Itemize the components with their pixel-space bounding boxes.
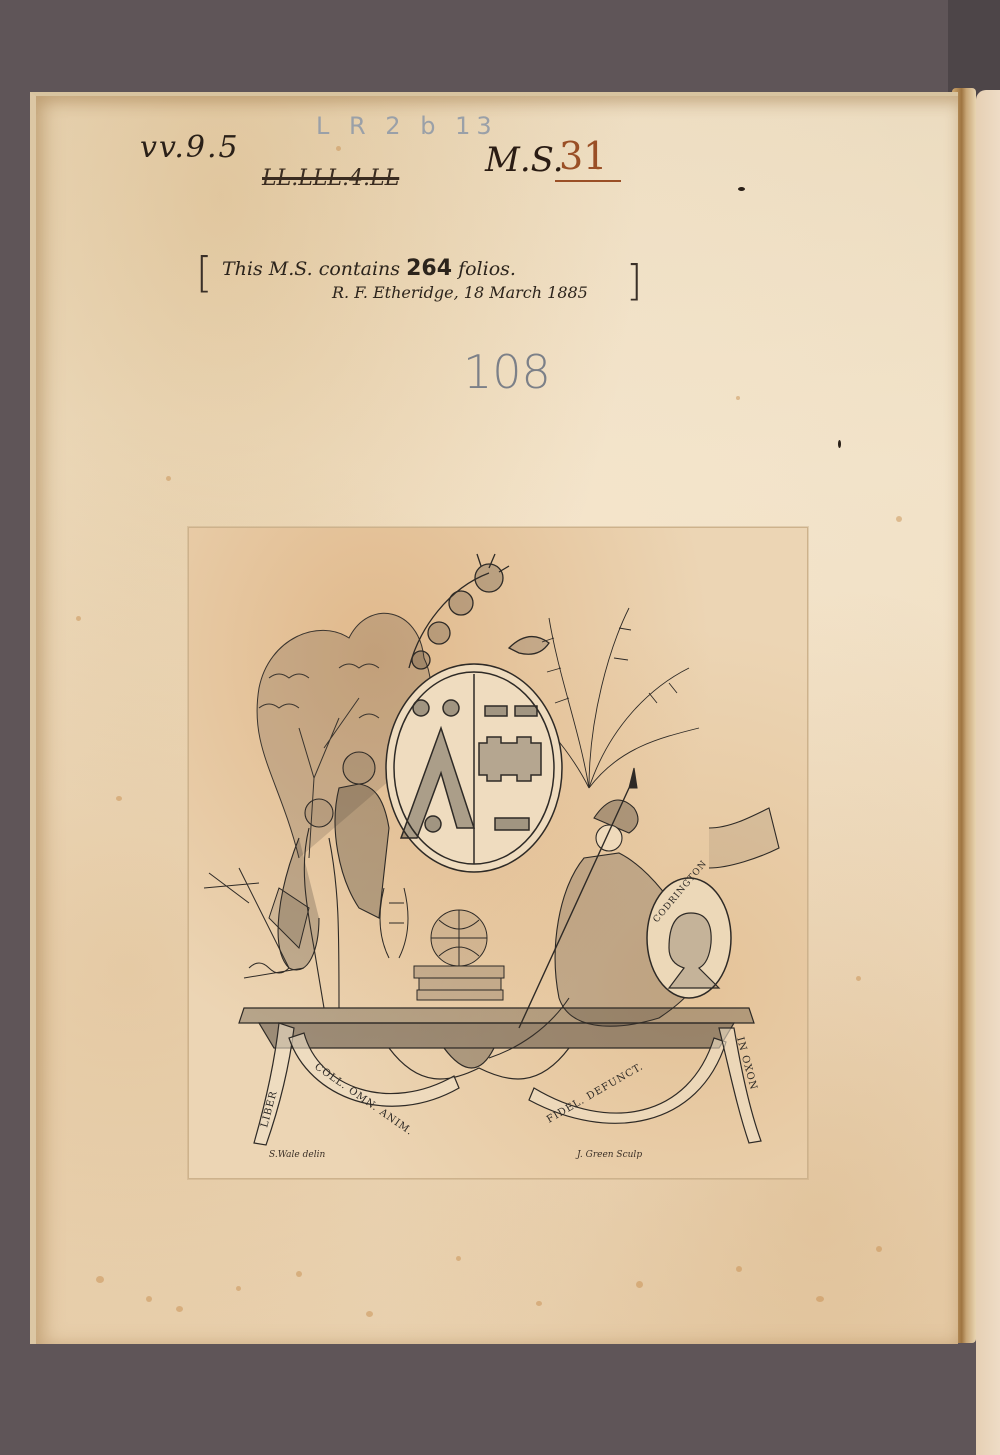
flower-garland-icon: [409, 554, 549, 669]
bookplate-engraving: LIBER COLL. OMN. ANIM. FIDEL. DEFUNCT. I…: [188, 527, 808, 1179]
struck-shelfmark: LL.LLL.4.LL: [262, 166, 399, 191]
ms-number: 31: [555, 134, 621, 182]
cartouche-shell-icon: [444, 1048, 494, 1068]
note-close-bracket: ]: [626, 256, 642, 305]
fess-embattled-icon: [479, 737, 541, 781]
folio-note-signature: R. F. Etheridge, 18 March 1885: [332, 283, 588, 302]
note-prefix: This M.S. contains: [222, 258, 400, 280]
pencil-shelfmark: L R 2 b 13: [316, 112, 498, 140]
pencil-number: 108: [463, 345, 551, 399]
bookplate-illustration: LIBER COLL. OMN. ANIM. FIDEL. DEFUNCT. I…: [189, 528, 807, 1178]
lyre-icon: [380, 888, 408, 958]
note-suffix: folios.: [458, 258, 516, 280]
globe-and-books-icon: [414, 910, 504, 1000]
folio-note-line1: This M.S. contains 264 folios.: [222, 256, 516, 281]
folio-count: 264: [406, 256, 452, 281]
ink-blot: [738, 187, 745, 191]
artist-credit: S.Wale delin: [269, 1150, 325, 1160]
ink-mark: [838, 440, 841, 448]
codrington-medallion: [647, 878, 731, 998]
coat-of-arms: [386, 664, 562, 872]
facing-leaf-edge: [976, 90, 1000, 1455]
engraver-credit: J. Green Sculp: [577, 1150, 642, 1160]
note-open-bracket: [: [196, 248, 212, 297]
old-shelfmark: vv.9.5: [140, 130, 240, 165]
ms-label: M.S.: [485, 140, 564, 180]
banner-icon: [709, 808, 779, 868]
